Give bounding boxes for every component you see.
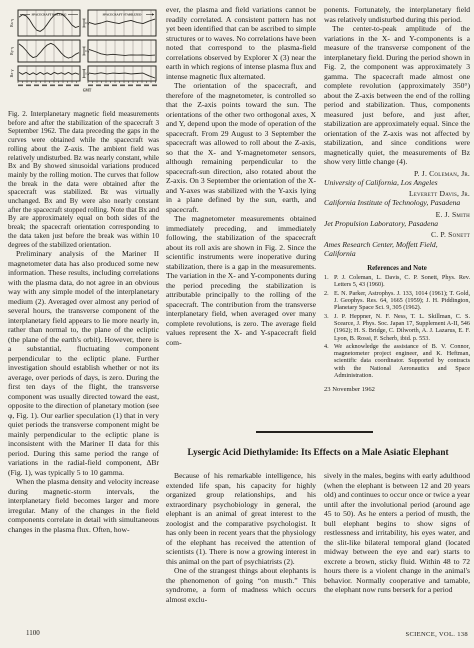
reference-item: 4. We acknowledge the assistance of B. V… bbox=[324, 343, 470, 379]
reference-item: 3. J. P. Heppner, N. F. Ness, T. L. Skil… bbox=[324, 313, 470, 342]
reference-item: 1. P. J. Coleman, L. Davis, C. P. Sonett… bbox=[324, 274, 470, 289]
author-affiliation: Jet Propulsion Laboratory, Pasadena bbox=[324, 219, 470, 228]
reference-text: We acknowledge the assistance of B. V. C… bbox=[334, 343, 470, 379]
svg-text:Bx·γ: Bx·γ bbox=[9, 19, 14, 27]
journal-page: Bx·γ10γBy·γ10γBz·γ10γSPACECRAFT ROLLINGS… bbox=[0, 0, 474, 648]
paragraph: The center-to-peak amplitude of the vari… bbox=[324, 24, 470, 167]
author-affiliation: Ames Research Center, Moffett Field, Cal… bbox=[324, 240, 470, 259]
reference-number: 3. bbox=[324, 313, 329, 320]
paragraph: ever, the plasma and field variations ca… bbox=[166, 5, 316, 81]
author-affiliation: University of California, Los Angeles bbox=[324, 178, 470, 187]
paragraph: Preliminary analysis of the Mariner II m… bbox=[8, 249, 159, 477]
svg-text:By·γ: By·γ bbox=[9, 47, 14, 55]
article2-column-left: Because of his remarkable intelligence, … bbox=[166, 471, 316, 604]
author-name: Leverett Davis, Jr. bbox=[324, 189, 470, 198]
author-signature: E. J. Smith Jet Propulsion Laboratory, P… bbox=[324, 210, 470, 229]
svg-text:GMT: GMT bbox=[83, 89, 92, 93]
article-divider-rule bbox=[256, 431, 373, 433]
author-name: P. J. Coleman, Jr. bbox=[324, 169, 470, 178]
paragraph: Because of his remarkable intelligence, … bbox=[166, 471, 316, 566]
reference-number: 1. bbox=[324, 274, 329, 281]
article2-title: Lysergic Acid Diethylamide: Its Effects … bbox=[166, 447, 470, 458]
paragraph: sively in the males, begins with early a… bbox=[324, 471, 470, 595]
svg-text:Bz·γ: Bz·γ bbox=[9, 69, 14, 77]
column-3: ponents. Fortunately, the interplanetary… bbox=[324, 5, 470, 393]
paragraph: The magnetometer measurements obtained i… bbox=[166, 214, 316, 347]
column-1: Bx·γ10γBy·γ10γBz·γ10γSPACECRAFT ROLLINGS… bbox=[8, 6, 159, 534]
paragraph: One of the strangest things about elepha… bbox=[166, 566, 316, 604]
author-name: E. J. Smith bbox=[324, 210, 470, 219]
reference-number: 2. bbox=[324, 290, 329, 297]
reference-text: P. J. Coleman, L. Davis, C. P. Sonett, P… bbox=[334, 274, 470, 288]
svg-text:SPACECRAFT STABILIZED: SPACECRAFT STABILIZED bbox=[103, 13, 143, 17]
author-signature: Leverett Davis, Jr. California Institute… bbox=[324, 189, 470, 208]
journal-volume: SCIENCE, VOL. 138 bbox=[406, 631, 469, 638]
column-2: ever, the plasma and field variations ca… bbox=[166, 5, 316, 347]
paragraph: The orientation of the spacecraft, and t… bbox=[166, 81, 316, 214]
author-affiliation: California Institute of Technology, Pasa… bbox=[324, 198, 470, 207]
author-name: C. P. Sonett bbox=[324, 230, 470, 239]
submission-date: 23 November 1962 bbox=[324, 386, 470, 393]
article2-column-right: sively in the males, begins with early a… bbox=[324, 471, 470, 595]
reference-item: 2. E. N. Parker, Astrophys. J. 133, 1014… bbox=[324, 290, 470, 312]
svg-text:10γ: 10γ bbox=[85, 21, 90, 25]
author-signature: C. P. Sonett Ames Research Center, Moffe… bbox=[324, 230, 470, 258]
author-signature: P. J. Coleman, Jr. University of Califor… bbox=[324, 169, 470, 188]
reference-number: 4. bbox=[324, 343, 329, 350]
reference-text: J. P. Heppner, N. F. Ness, T. L. Skillma… bbox=[334, 313, 470, 342]
page-number: 1100 bbox=[26, 629, 40, 637]
fig2-chart: Bx·γ10γBy·γ10γBz·γ10γSPACECRAFT ROLLINGS… bbox=[8, 6, 159, 106]
svg-text:SPACECRAFT ROLLING: SPACECRAFT ROLLING bbox=[32, 13, 67, 17]
paragraph: When the plasma density and velocity inc… bbox=[8, 477, 159, 534]
figure-2-caption: Fig. 2. Interplanetary magnetic field me… bbox=[8, 110, 159, 249]
reference-text: E. N. Parker, Astrophys. J. 133, 1014 (1… bbox=[334, 290, 470, 312]
figure-2: Bx·γ10γBy·γ10γBz·γ10γSPACECRAFT ROLLINGS… bbox=[8, 6, 159, 106]
paragraph: ponents. Fortunately, the interplanetary… bbox=[324, 5, 470, 24]
references-title: References and Note bbox=[324, 264, 470, 273]
